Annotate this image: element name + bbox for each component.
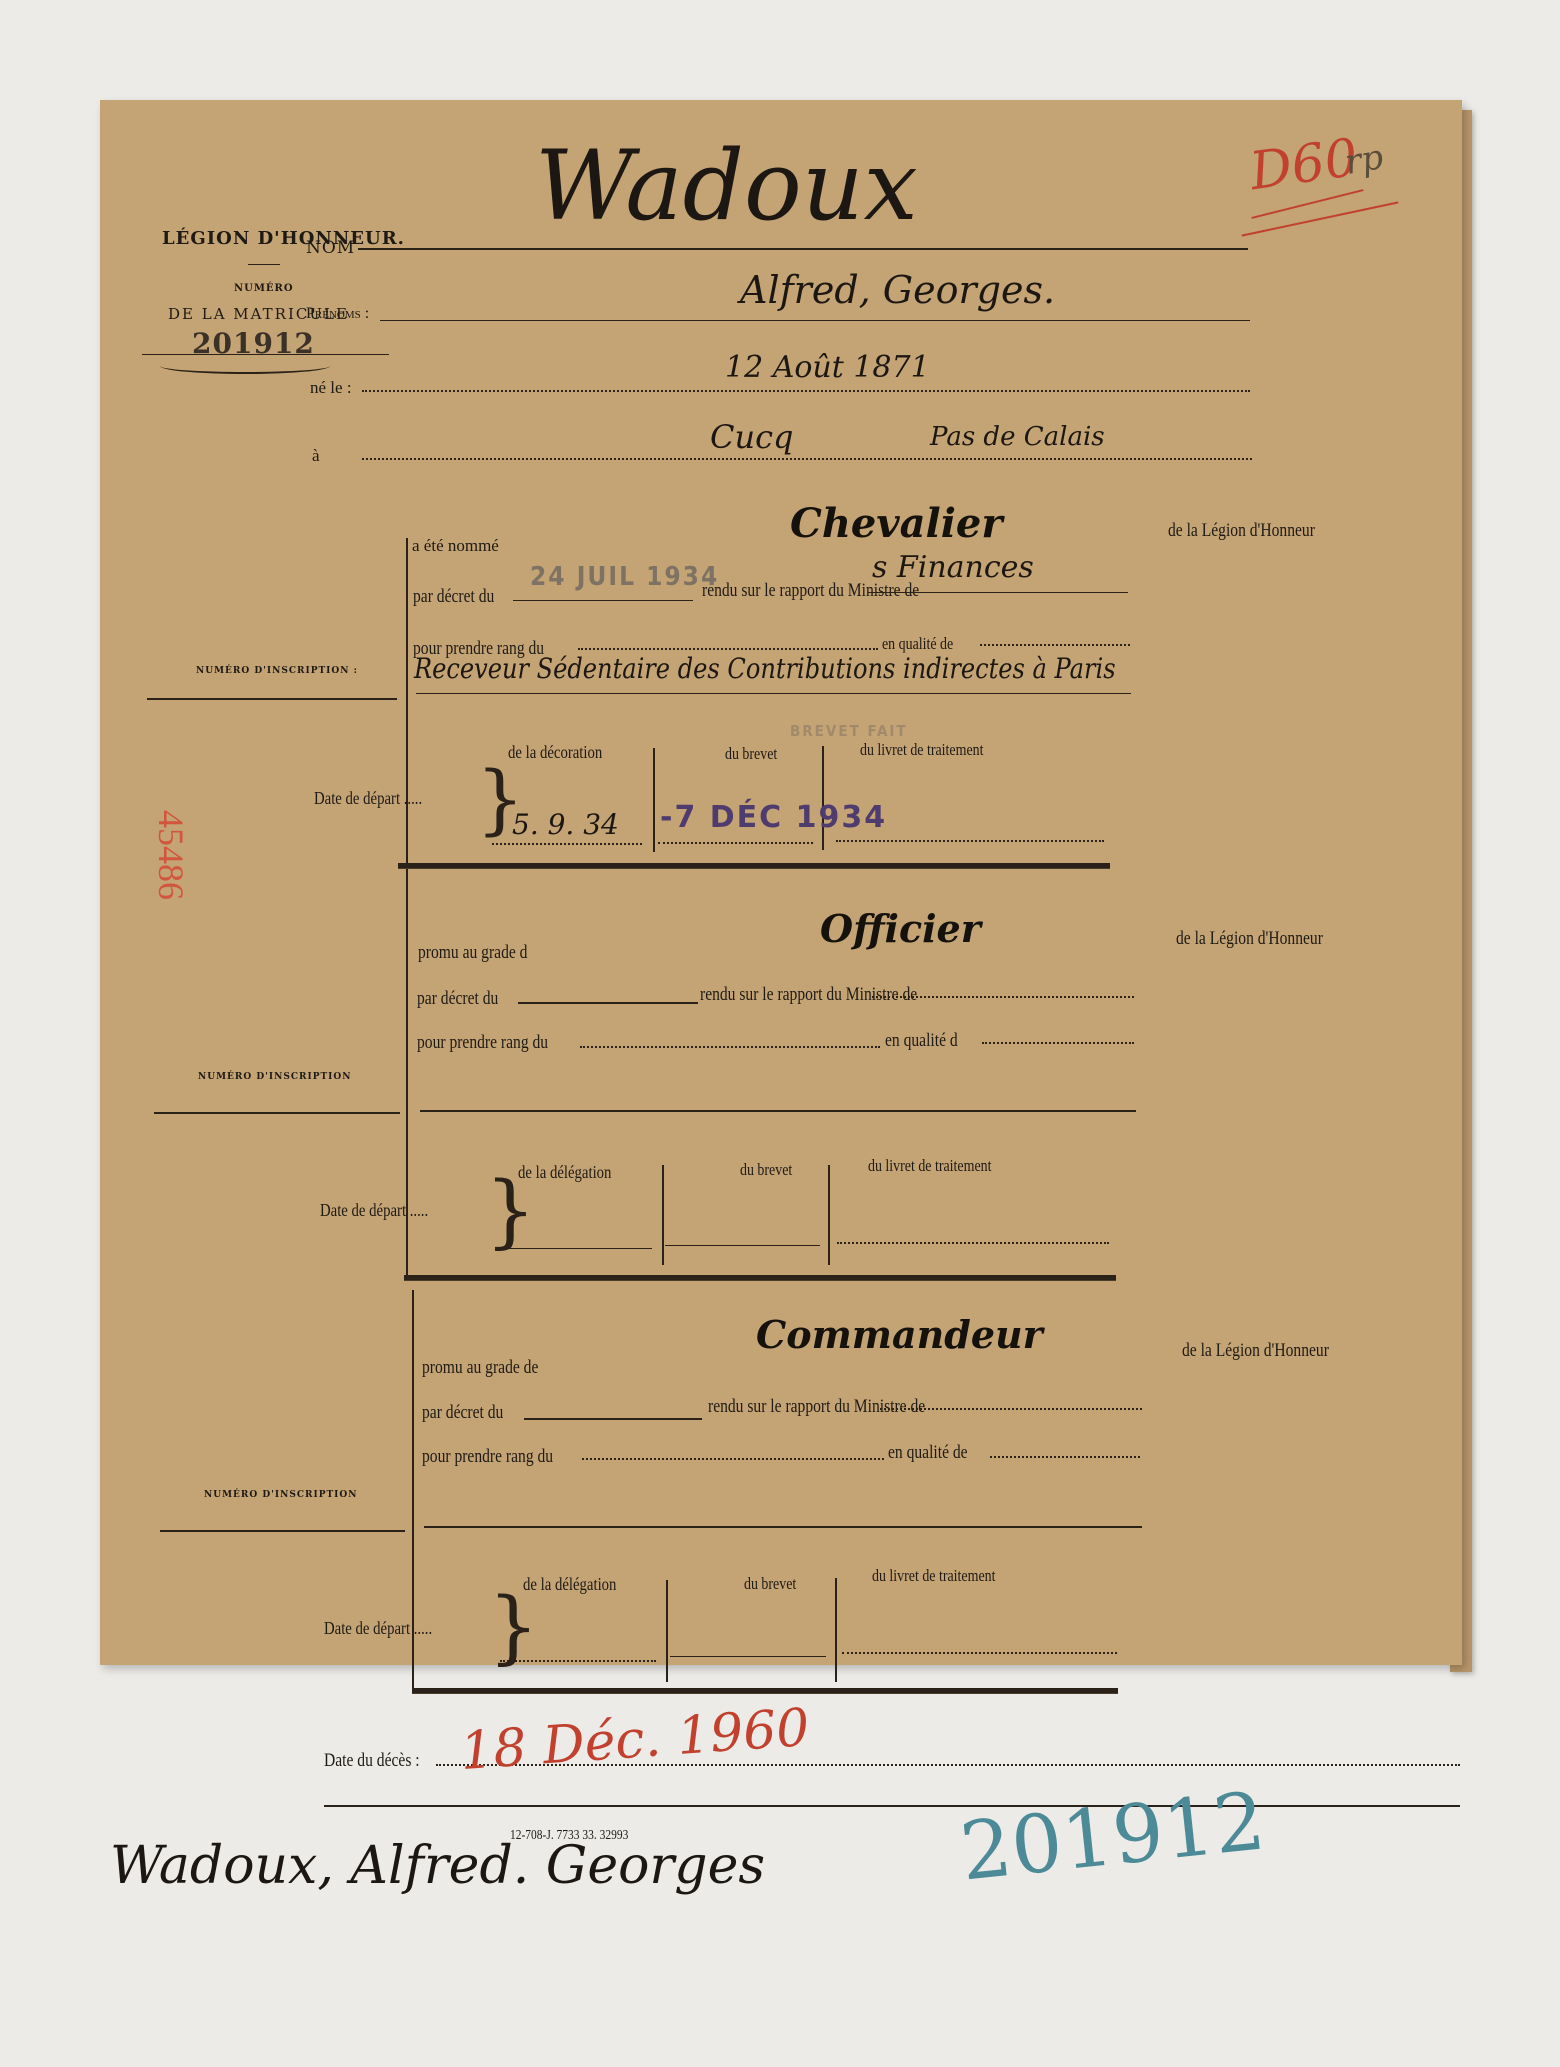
chevalier-qualite-line: [980, 644, 1130, 646]
commandeur-brevet-line: [670, 1656, 826, 1657]
nom-label: NOM: [306, 238, 355, 258]
chevalier-col-brevet: du brevet: [725, 744, 777, 764]
chevalier-decoration-value: 5. 9. 34: [512, 808, 619, 841]
officier-grade: Officier: [820, 906, 981, 951]
inscription-line-1: [147, 698, 397, 700]
officier-col-divider-2: [828, 1165, 830, 1265]
birthplace-department: Pas de Calais: [930, 422, 1105, 452]
officier-livret-line: [837, 1242, 1109, 1244]
officier-brevet-line: [665, 1245, 820, 1246]
prenoms-value: Alfred, Georges.: [740, 268, 1055, 312]
chevalier-decret-label: par décret du: [413, 586, 494, 608]
legion-honneur-record-card: LÉGION D'HONNEUR. NUMÉRO DE LA MATRICULE…: [100, 100, 1462, 1665]
ne-le-label: né le :: [310, 378, 352, 398]
officier-depart-label: Date de départ .....: [320, 1200, 428, 1221]
brevet-fait-stamp: BREVET FAIT: [790, 722, 908, 740]
inscription-line-2: [154, 1112, 400, 1114]
birthplace-town: Cucq: [710, 418, 794, 456]
commandeur-livret-line: [842, 1652, 1117, 1654]
commandeur-rapport-label: rendu sur le rapport du Ministre de: [708, 1396, 925, 1418]
officier-decoration-line: [496, 1248, 652, 1249]
officier-decret-line: [518, 1002, 698, 1004]
officier-col-livret: du livret de traitement: [868, 1156, 991, 1176]
commandeur-decret-line: [524, 1418, 702, 1420]
chevalier-decret-stamp: 24 JUIL 1934: [530, 562, 719, 592]
prenoms-line: [380, 320, 1250, 321]
title-rule: [248, 264, 280, 265]
officier-rapport-label: rendu sur le rapport du Ministre de: [700, 984, 917, 1006]
chevalier-decret-line: [513, 600, 693, 601]
institution-title: LÉGION D'HONNEUR.: [162, 228, 405, 249]
commandeur-qualite-label: en qualité de: [888, 1442, 968, 1464]
chevalier-qualite-value: Receveur Sédentaire des Contributions in…: [414, 652, 1116, 685]
nom-value: Wadoux: [535, 130, 918, 242]
officier-suffix: de la Légion d'Honneur: [1176, 928, 1323, 950]
chevalier-section-divider: [398, 863, 1110, 869]
inscription-label-1: NUMÉRO D'INSCRIPTION :: [196, 666, 358, 676]
matricule-label-1: NUMÉRO: [234, 283, 294, 294]
chevalier-qualite-label: en qualité de: [882, 634, 953, 654]
name-annotation: Wadoux, Alfred. Georges: [110, 1836, 765, 1896]
chevalier-ministre-value: s Finances: [872, 550, 1034, 585]
commandeur-rang-line: [582, 1458, 884, 1460]
inscription-label-2: NUMÉRO D'INSCRIPTION: [198, 1072, 351, 1082]
deces-label: Date du décès :: [324, 1750, 420, 1772]
commandeur-col-livret: du livret de traitement: [872, 1566, 995, 1586]
commandeur-depart-label: Date de départ .....: [324, 1618, 432, 1639]
commandeur-qualite-line: [990, 1456, 1140, 1458]
ne-le-line: [362, 390, 1250, 392]
chevalier-col-livret: du livret de traitement: [860, 740, 983, 760]
chevalier-decoration-line: [492, 843, 642, 845]
a-label: à: [312, 446, 320, 466]
chevalier-intro: a été nommé: [412, 536, 499, 556]
deces-second-line: [324, 1805, 1460, 1807]
commandeur-intro: promu au grade de: [422, 1357, 538, 1379]
officier-ministre-line: [872, 996, 1134, 998]
chevalier-suffix: de la Légion d'Honneur: [1168, 520, 1315, 542]
commandeur-col-divider-1: [666, 1580, 668, 1682]
chevalier-rang-line: [578, 648, 878, 650]
corner-underline-2: [1242, 201, 1399, 236]
commandeur-ministre-line: [880, 1408, 1142, 1410]
officier-qualite-label: en qualité d: [885, 1030, 958, 1052]
inscription-label-3: NUMÉRO D'INSCRIPTION: [204, 1490, 357, 1500]
commandeur-suffix: de la Légion d'Honneur: [1182, 1340, 1329, 1362]
matricule-annotation: 201912: [956, 1774, 1269, 1898]
commandeur-qualite-value-line: [424, 1526, 1142, 1528]
chevalier-depart-label: Date de départ .....: [314, 788, 422, 809]
officier-rang-line: [580, 1046, 880, 1048]
commandeur-grade: Commandeur: [756, 1312, 1043, 1357]
officier-qualite-value-line: [420, 1110, 1136, 1112]
matricule-number: 201912: [192, 327, 315, 360]
inscription-line-3: [160, 1530, 405, 1532]
ne-le-value: 12 Août 1871: [725, 350, 930, 385]
chevalier-bracket: [406, 538, 408, 938]
prenoms-label: Prénoms :: [306, 305, 369, 323]
deces-value: 18 Déc. 1960: [458, 1698, 811, 1782]
chevalier-livret-line: [836, 840, 1104, 842]
commandeur-decoration-line: [500, 1660, 656, 1662]
chevalier-brevet-line: [658, 842, 813, 844]
nom-line: [358, 248, 1248, 250]
officier-decret-label: par décret du: [417, 988, 498, 1010]
chevalier-col-divider-1: [653, 748, 655, 852]
officier-section-divider: [404, 1275, 1116, 1281]
commandeur-rang-label: pour prendre rang du: [422, 1446, 553, 1468]
officier-depart-brace: }: [485, 1164, 536, 1257]
officier-col-brevet: du brevet: [740, 1160, 792, 1180]
corner-code: D60: [1246, 128, 1361, 202]
officier-rang-label: pour prendre rang du: [417, 1032, 548, 1054]
chevalier-brevet-stamp: -7 DÉC 1934: [660, 800, 887, 835]
commandeur-col-divider-2: [835, 1578, 837, 1682]
a-line: [362, 458, 1252, 460]
matricule-strike-line: [142, 354, 389, 355]
matricule-flourish: [160, 358, 330, 374]
commandeur-section-divider: [412, 1688, 1118, 1694]
officier-intro: promu au grade d: [418, 942, 527, 964]
inscription-number-stamp: 45486: [150, 810, 192, 900]
commandeur-col-brevet: du brevet: [744, 1574, 796, 1594]
chevalier-grade: Chevalier: [790, 500, 1002, 547]
chevalier-ministre-line: [868, 592, 1128, 593]
chevalier-qualite-value-line: [416, 693, 1131, 694]
commandeur-decret-label: par décret du: [422, 1402, 503, 1424]
officier-col-divider-1: [662, 1165, 664, 1265]
corner-initials: rp: [1342, 137, 1386, 183]
officier-qualite-line: [982, 1042, 1134, 1044]
